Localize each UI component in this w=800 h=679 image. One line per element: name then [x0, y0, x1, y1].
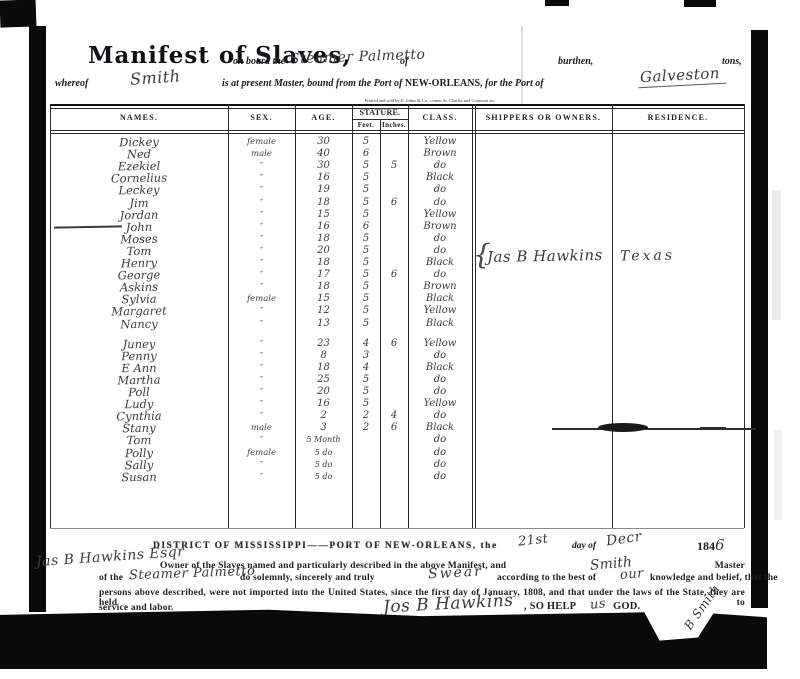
col-header-stature: STATURE.	[352, 108, 408, 117]
row-class: do	[408, 184, 472, 196]
row-sex: female	[228, 136, 295, 148]
row-class: do	[408, 197, 472, 209]
shipper-residence-hand: Texas	[620, 248, 675, 265]
row-sex: ″	[228, 318, 295, 330]
row-sex: female	[228, 293, 295, 305]
row-sex: ″	[228, 197, 295, 209]
oath-text-2: according to the best of	[497, 573, 596, 583]
on-board-label: on board the	[233, 56, 285, 67]
row-class: do	[408, 245, 472, 257]
oath-text-3: knowledge and belief, that the	[650, 573, 778, 583]
row-inches	[380, 209, 408, 221]
row-sex: ″	[228, 305, 295, 317]
row-age: 5 do	[295, 471, 352, 483]
scan-right-smudge-1	[772, 190, 781, 320]
table-header-bottom-rule	[50, 130, 744, 131]
table-row: Margaret″125Yellow	[50, 305, 744, 317]
row-inches	[380, 459, 408, 471]
row-feet: 5	[352, 305, 380, 317]
row-age: 5 do	[295, 447, 352, 459]
row-age: 18	[295, 233, 352, 245]
row-inches: 6	[380, 197, 408, 209]
row-inches	[380, 434, 408, 446]
row-age: 18	[295, 257, 352, 269]
pronoun2-hand: us	[589, 596, 607, 613]
row-feet: 5	[352, 269, 380, 281]
row-inches	[380, 471, 408, 483]
row-age: 30	[295, 160, 352, 172]
row-age: 17	[295, 269, 352, 281]
row-class: do	[408, 160, 472, 172]
row-class: Black	[408, 257, 472, 269]
row-feet	[352, 434, 380, 446]
row-class: do	[408, 350, 472, 362]
row-age: 2	[295, 410, 352, 422]
row-feet: 5	[352, 197, 380, 209]
row-class: Brown	[408, 221, 472, 233]
row-feet: 5	[352, 160, 380, 172]
row-inches: 4	[380, 410, 408, 422]
row-age: 8	[295, 350, 352, 362]
row-feet: 5	[352, 245, 380, 257]
row-age: 16	[295, 221, 352, 233]
row-class: Yellow	[408, 338, 472, 350]
table-row: Tom″5 Monthdo	[50, 434, 744, 446]
table-row: Moses″185do	[50, 233, 744, 245]
row-inches: 6	[380, 422, 408, 434]
row-inches	[380, 281, 408, 293]
table-row: Poll″205do	[50, 386, 744, 398]
row-class: Black	[408, 362, 472, 374]
row-inches	[380, 386, 408, 398]
day-hand: 21st	[517, 531, 549, 549]
row-class: Yellow	[408, 398, 472, 410]
row-sex: ″	[228, 221, 295, 233]
row-inches	[380, 136, 408, 148]
row-inches: 6	[380, 338, 408, 350]
row-feet: 5	[352, 257, 380, 269]
row-feet: 5	[352, 184, 380, 196]
day-of-label: day of	[572, 541, 596, 551]
row-inches	[380, 221, 408, 233]
row-class: Black	[408, 422, 472, 434]
scanned-manifest-document: Manifest of Slaves, on board the Steamer…	[0, 0, 800, 679]
col-header-residence: RESIDENCE.	[612, 113, 744, 122]
row-age: 15	[295, 209, 352, 221]
row-class: Black	[408, 293, 472, 305]
master-line-text: is at present Master, bound from the Por…	[222, 78, 402, 89]
row-feet: 5	[352, 172, 380, 184]
row-sex: ″	[228, 257, 295, 269]
row-age: 25	[295, 374, 352, 386]
row-sex: ″	[228, 471, 295, 483]
row-age: 18	[295, 362, 352, 374]
row-inches	[380, 293, 408, 305]
so-help-label: , SO HELP	[524, 601, 576, 612]
row-age: 20	[295, 245, 352, 257]
row-class: Black	[408, 172, 472, 184]
row-sex: ″	[228, 434, 295, 446]
row-feet	[352, 447, 380, 459]
row-feet	[352, 459, 380, 471]
row-inches	[380, 305, 408, 317]
scan-top-mark-2	[684, 0, 716, 7]
row-inches	[380, 318, 408, 330]
row-inches	[380, 362, 408, 374]
col-header-sex: SEX.	[228, 113, 295, 122]
scan-top-mark-1	[545, 0, 569, 6]
row-age: 23	[295, 338, 352, 350]
scan-corner-topleft	[0, 0, 36, 28]
of-the-label: of the	[99, 573, 123, 583]
table-row: Susan″5 dodo	[50, 471, 744, 483]
row-inches: 6	[380, 269, 408, 281]
row-class: do	[408, 471, 472, 483]
whereof-label: whereof	[55, 78, 88, 89]
row-class: do	[408, 374, 472, 386]
row-sex: ″	[228, 245, 295, 257]
table-row: Dickeyfemale305Yellow	[50, 136, 744, 148]
row-class: Black	[408, 318, 472, 330]
col-header-age: AGE.	[295, 113, 352, 122]
row-sex: ″	[228, 338, 295, 350]
row-inches: 5	[380, 160, 408, 172]
row-feet: 6	[352, 221, 380, 233]
year-hand-digit: 6	[715, 536, 725, 554]
row-class: Brown	[408, 148, 472, 160]
row-feet: 5	[352, 209, 380, 221]
row-age: 40	[295, 148, 352, 160]
row-class: do	[408, 269, 472, 281]
row-sex: male	[228, 148, 295, 160]
year: 1846	[697, 536, 725, 555]
row-sex: ″	[228, 374, 295, 386]
scan-right-strip	[751, 30, 768, 608]
master-name-hand: Smith	[129, 66, 181, 88]
oath-text-1: do solemnly, sincerely and truly	[240, 573, 375, 583]
row-inches	[380, 398, 408, 410]
row-sex: ″	[228, 459, 295, 471]
port-for-label: for the Port of	[485, 78, 544, 89]
table-row: Martha″255do	[50, 374, 744, 386]
row-inches	[380, 148, 408, 160]
row-feet: 5	[352, 318, 380, 330]
paper-fold-crease	[521, 26, 523, 106]
table-row: Jordan″155Yellow	[50, 209, 744, 221]
row-sex: ″	[228, 410, 295, 422]
table-row: Pollyfemale5 dodo	[50, 447, 744, 459]
row-class: Yellow	[408, 305, 472, 317]
row-inches	[380, 233, 408, 245]
row-inches	[380, 350, 408, 362]
oath-text-5: service and labor.	[99, 603, 174, 613]
row-feet: 5	[352, 374, 380, 386]
row-inches	[380, 184, 408, 196]
row-sex: ″	[228, 281, 295, 293]
year-printed: 184	[697, 539, 715, 553]
table-body: Dickeyfemale305YellowNedmale406BrownEzek…	[50, 136, 744, 528]
row-sex: ″	[228, 362, 295, 374]
district-port-line: DISTRICT OF MISSISSIPPI——PORT OF NEW-ORL…	[153, 541, 498, 551]
table-top-rule	[50, 104, 744, 106]
row-class: Brown	[408, 281, 472, 293]
row-feet: 5	[352, 136, 380, 148]
scan-right-smudge-2	[774, 430, 782, 520]
row-class: do	[408, 233, 472, 245]
table-row: Jim″1856do	[50, 197, 744, 209]
row-age: 18	[295, 281, 352, 293]
scan-bottom-band	[0, 606, 767, 669]
row-age: 19	[295, 184, 352, 196]
row-sex: ″	[228, 160, 295, 172]
row-feet: 2	[352, 410, 380, 422]
god-label: GOD.	[613, 601, 640, 612]
master-line: is at present Master, bound from the Por…	[222, 78, 544, 89]
row-sex: female	[228, 447, 295, 459]
port-from: NEW-ORLEANS,	[405, 78, 483, 89]
row-feet: 6	[352, 148, 380, 160]
row-feet: 4	[352, 338, 380, 350]
row-feet: 5	[352, 281, 380, 293]
ink-dash-right-2	[700, 427, 726, 429]
row-age: 12	[295, 305, 352, 317]
pronoun-hand: our	[620, 566, 645, 583]
destination-hand: Galveston	[638, 64, 727, 89]
printer-line: Printed and sold by E. Johns & Co., corn…	[300, 98, 560, 103]
row-inches	[380, 447, 408, 459]
row-sex: ″	[228, 209, 295, 221]
row-age: 5 Month	[295, 434, 352, 446]
row-feet: 3	[352, 350, 380, 362]
row-inches	[380, 172, 408, 184]
row-sex: ″	[228, 350, 295, 362]
row-sex: ″	[228, 184, 295, 196]
row-sex: ″	[228, 233, 295, 245]
row-inches	[380, 257, 408, 269]
swear-hand: Swear	[428, 564, 484, 583]
col-header-feet: Feet.	[352, 121, 380, 129]
row-class: Yellow	[408, 209, 472, 221]
row-age: 13	[295, 318, 352, 330]
col-header-inches: Inches.	[380, 121, 408, 129]
row-feet: 2	[352, 422, 380, 434]
row-age: 16	[295, 172, 352, 184]
row-class: do	[408, 447, 472, 459]
of-label: of	[400, 56, 408, 67]
ink-blob-right	[598, 423, 648, 432]
row-age: 5 do	[295, 459, 352, 471]
table-row: Leckey″195do	[50, 184, 744, 196]
row-feet: 5	[352, 233, 380, 245]
row-feet: 5	[352, 293, 380, 305]
row-age: 15	[295, 293, 352, 305]
table-border-right	[744, 104, 745, 528]
row-name: Nancy	[50, 316, 228, 331]
row-inches	[380, 374, 408, 386]
burthen-label: burthen,	[558, 56, 593, 67]
month-hand: Decr	[605, 529, 643, 550]
row-sex: ″	[228, 386, 295, 398]
col-header-shippers: SHIPPERS OR OWNERS.	[475, 113, 612, 122]
row-age: 16	[295, 398, 352, 410]
row-name: Susan	[50, 469, 228, 484]
row-class: do	[408, 459, 472, 471]
row-feet: 4	[352, 362, 380, 374]
row-sex: ″	[228, 398, 295, 410]
row-feet	[352, 471, 380, 483]
row-age: 20	[295, 386, 352, 398]
shipper-name-hand: Jas B Hawkins	[487, 246, 603, 266]
col-header-names: NAMES.	[50, 113, 228, 122]
row-inches	[380, 245, 408, 257]
row-class: do	[408, 410, 472, 422]
scan-left-strip	[29, 26, 46, 612]
row-class: do	[408, 386, 472, 398]
master-label: Master	[715, 561, 745, 571]
row-sex: ″	[228, 172, 295, 184]
row-age: 18	[295, 197, 352, 209]
row-feet: 5	[352, 386, 380, 398]
row-class: Yellow	[408, 136, 472, 148]
col-header-class: CLASS.	[408, 113, 472, 122]
table-row: Nancy″135Black	[50, 318, 744, 330]
row-feet: 5	[352, 398, 380, 410]
row-sex: male	[228, 422, 295, 434]
vessel-name-hand-2: Steamer Palmetto	[129, 564, 256, 583]
row-age: 30	[295, 136, 352, 148]
row-class: do	[408, 434, 472, 446]
row-age: 3	[295, 422, 352, 434]
row-sex: ″	[228, 269, 295, 281]
